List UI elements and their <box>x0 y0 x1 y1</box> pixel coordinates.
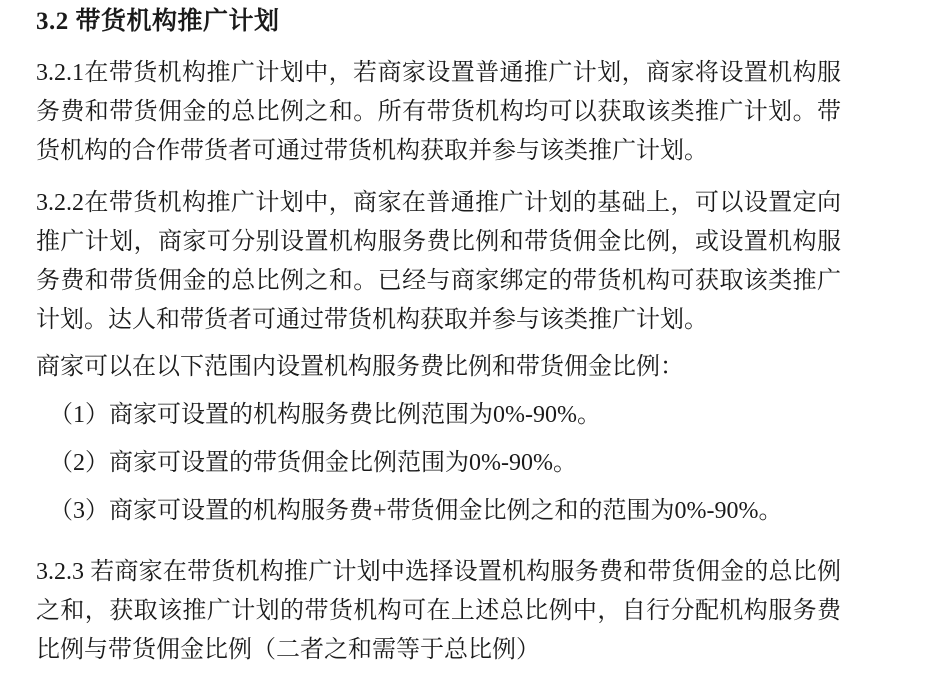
range-list-item-2: （2）商家可设置的带货佣金比例范围为0%-90%。 <box>36 444 841 483</box>
section-heading: 3.2 带货机构推广计划 <box>36 5 841 39</box>
paragraph-3-2-3: 3.2.3 若商家在带货机构推广计划中选择设置机构服务费和带货佣金的总比例之和，… <box>36 553 841 670</box>
range-list-item-3: （3）商家可设置的机构服务费+带货佣金比例之和的范围为0%-90%。 <box>36 492 841 531</box>
paragraph-3-2-2: 3.2.2在带货机构推广计划中，商家在普通推广计划的基础上，可以设置定向推广计划… <box>36 184 841 340</box>
range-list-item-1: （1）商家可设置的机构服务费比例范围为0%-90%。 <box>36 396 841 435</box>
paragraph-3-2-1: 3.2.1在带货机构推广计划中，若商家设置普通推广计划，商家将设置机构服务费和带… <box>36 54 841 171</box>
document-page: 3.2 带货机构推广计划 3.2.1在带货机构推广计划中，若商家设置普通推广计划… <box>0 0 935 677</box>
paragraph-range-intro: 商家可以在以下范围内设置机构服务费比例和带货佣金比例： <box>36 348 841 387</box>
